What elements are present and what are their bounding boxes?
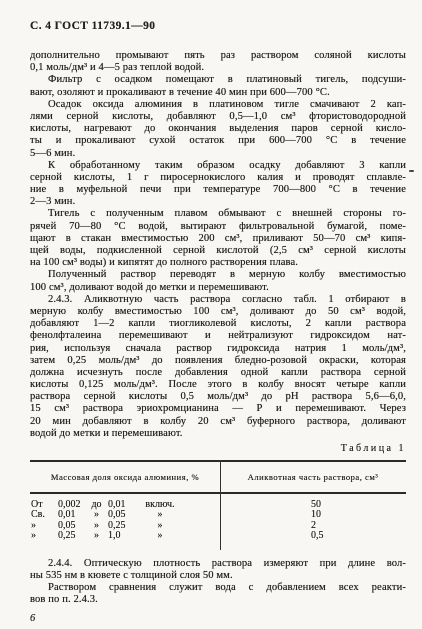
text-line: Тигель с полученным плавом обмывают с вн… [30,208,406,220]
range-part: 1,0 [104,531,136,541]
text-line: затем 0,25 моль/дм³ до появления бледно-… [30,355,406,367]
text-line: добавляют 1—2 капли тиогликолевой кислот… [30,318,406,330]
text-line: ты и прокаливают сухой остаток при 600—7… [30,135,406,147]
text-line: 2.4.4. Оптическую плотность раствора изм… [30,558,406,570]
text-line: 20 мин добавляют в колбу 20 см³ буферног… [30,416,406,428]
paragraph: Полученный раствор переводят в мерную ко… [30,269,406,293]
table-row: От0,002до0,01включ.50 [30,500,406,510]
table-row: »0,05»0,25»2 [30,521,406,531]
text-line: фенолфталеина перемешивают и нейтрализую… [30,330,406,342]
text-line: на 100 см³ воды) и кипятят до полного ра… [30,257,406,269]
cell-aliquot-value: 0,5 [220,531,406,541]
text-line: К обработанному таким образом осадку доб… [30,160,406,172]
text-line: ны 535 нм в кювете с толщиной слоя 50 мм… [30,570,406,582]
body-text-before-table: дополнительно промывают пять раз раствор… [30,50,406,440]
paragraph: Раствором сравнения служит вода с добавл… [30,582,406,606]
text-line: серной кислоты, 1 г пиросернокислого кал… [30,172,406,184]
text-line: 5—6 мин. [30,148,406,160]
table-1: Массовая доля оксида алюминия, % Аликвот… [30,460,406,550]
text-line: лями серной кислоты, добавляют 0,5—1,0 с… [30,111,406,123]
scan-artifact-speck [409,170,414,172]
text-line: ние в муфельной печи при температуре 700… [30,184,406,196]
paragraph: К обработанному таким образом осадку доб… [30,160,406,209]
table-header-mass-fraction: Массовая доля оксида алюминия, % [30,472,220,482]
running-header: С. 4 ГОСТ 11739.1—90 [30,20,406,32]
text-line: раствора серной кислоты 0,5 моль/дм³ до … [30,391,406,403]
text-line: Раствором сравнения служит вода с добавл… [30,582,406,594]
paragraph: 2.4.3. Аликвотную часть раствора согласн… [30,294,406,440]
text-line: кислоты 0,125 моль/дм³. После этого в ко… [30,379,406,391]
paragraph: Фильтр с осадком помещают в платиновый т… [30,74,406,98]
text-line: 0,1 моль/дм³ и 4—5 раз теплой водой. [30,62,406,74]
text-line: 2.4.3. Аликвотную часть раствора согласн… [30,294,406,306]
text-line: вов по п. 2.4.3. [30,594,406,606]
table-caption: Таблица 1 [30,443,406,454]
paragraph: дополнительно промывают пять раз раствор… [30,50,406,74]
text-line: мерную колбу вместимостью 100 см³, долив… [30,306,406,318]
text-line: водой до метки и перемешивают. [30,428,406,440]
text-line: дополнительно промывают пять раз раствор… [30,50,406,62]
text-line: щают в стакан вместимостью 200 см³, прил… [30,233,406,245]
text-line: 100 см³, доливают водой до метки и перем… [30,282,406,294]
range-part: » [30,531,55,541]
text-line: 2—3 мин. [30,196,406,208]
table-body: От0,002до0,01включ.50Св.0,01»0,05»10»0,0… [30,494,406,550]
text-line: вают, озоляют и прокаливают в течение 40… [30,87,406,99]
paragraph: Тигель с полученным плавом обмывают с вн… [30,208,406,269]
text-line: рячей 70—80 °С водой, вытирают фильтрова… [30,221,406,233]
table-header-aliquot: Аликвотная часть раствора, см³ [220,472,406,482]
body-text-after-table: 2.4.4. Оптическую плотность раствора изм… [30,558,406,607]
table-header-row: Массовая доля оксида алюминия, % Аликвот… [30,460,406,494]
text-line: Полученный раствор переводят в мерную ко… [30,269,406,281]
text-line: 15 см³ раствора эриохромцианина — Р и пе… [30,403,406,415]
page-number: 6 [30,613,406,624]
paragraph: Осадок оксида алюминия в платиновом тигл… [30,99,406,160]
range-part: » [89,531,104,541]
text-line: щей воды, подкисленной серной кислотой (… [30,245,406,257]
cell-mass-fraction-range: »0,25»1,0» [30,531,220,541]
text-line: Осадок оксида алюминия в платиновом тигл… [30,99,406,111]
range-part: 0,25 [55,531,89,541]
text-line: кислоты, нагревают до окончания выделени… [30,123,406,135]
paragraph: 2.4.4. Оптическую плотность раствора изм… [30,558,406,582]
table-row: »0,25»1,0»0,5 [30,531,406,541]
range-part: » [136,531,184,541]
text-line: рия, используя сначала раствор гидроксид… [30,343,406,355]
text-line: Фильтр с осадком помещают в платиновый т… [30,74,406,86]
document-page: С. 4 ГОСТ 11739.1—90 дополнительно промы… [0,0,422,629]
text-line: должна исчезнуть после добавления одной … [30,367,406,379]
table-row: Св.0,01»0,05»10 [30,510,406,520]
